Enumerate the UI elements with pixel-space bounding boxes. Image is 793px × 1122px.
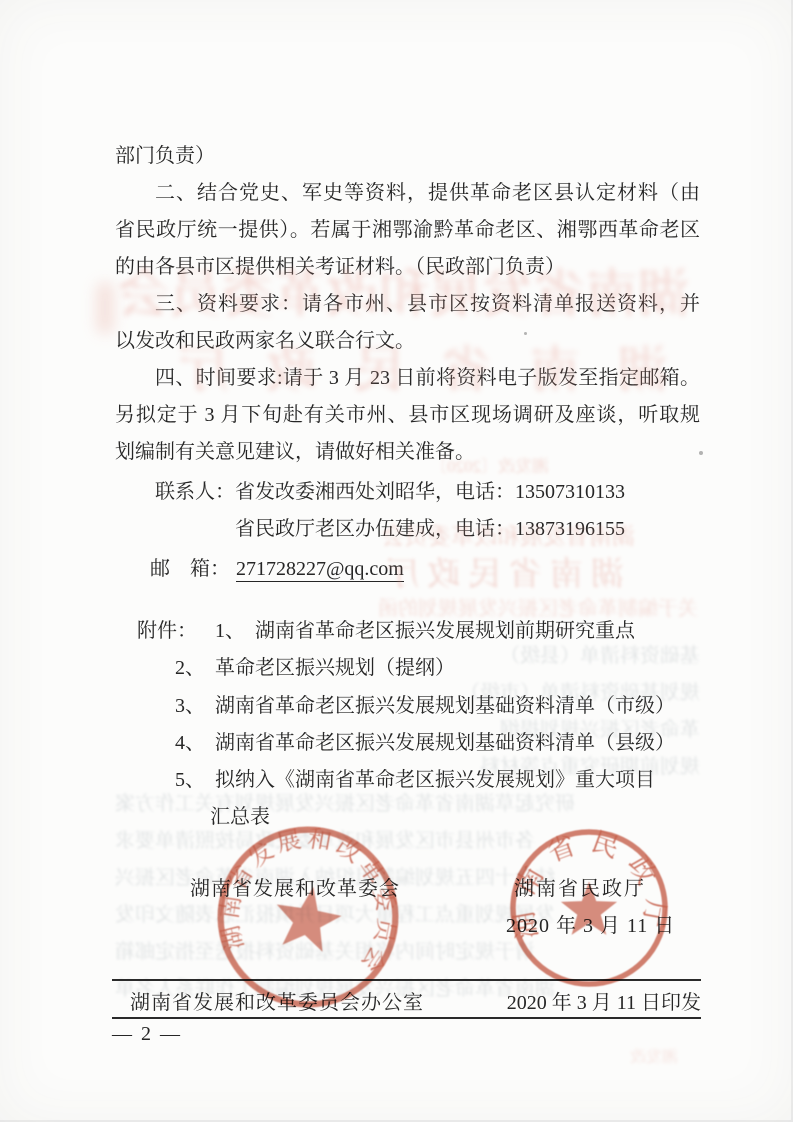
scan-speckle [524, 332, 527, 335]
attachments-block: 附件： 1、 湖南省革命老区振兴发展规划前期研究重点 2、革命老区振兴规划（提纲… [137, 613, 707, 837]
attachment-item: 5、拟纳入《湖南省革命老区振兴发展规划》重大项目 [137, 762, 707, 799]
body-line: 划编制有关意见建议，请做好相关准备。 [115, 434, 700, 471]
body-line: 的由各县市区提供相关考证材料。（民政部门负责） [115, 249, 700, 286]
contact-person-2: 省民政厅老区办伍建成，电话：13873196155 [235, 518, 625, 540]
email-line: 邮 箱：271728227@qq.com [150, 551, 690, 588]
attachment-item: 2、革命老区振兴规划（提纲） [137, 650, 707, 687]
body-line: 二、结合党史、军史等资料，提供革命老区县认定材料（由 [115, 175, 700, 212]
footer-rule-bottom [112, 1017, 701, 1019]
email-address: 271728227@qq.com [236, 558, 404, 582]
seal-star-icon [561, 881, 617, 934]
body-line: 另拟定于 3 月下旬赴有关市州、县市区现场调研及座谈，听取规 [115, 397, 700, 434]
document-page: 湖南省发展和改革委员会 湖南省民政厅 湘发改〔2020〕 湖南省发展和改革委员会… [0, 0, 793, 1122]
official-seal-fagaiwei: 湖南省发展和改革委员会 [197, 806, 419, 1028]
contact-person-1: 省发改委湘西处刘昭华，电话：13507310133 [235, 481, 625, 503]
attachment-number: 3、 [175, 688, 215, 725]
scan-speckle [226, 404, 229, 407]
attachment-title: 湖南省革命老区振兴发展规划前期研究重点 [255, 613, 635, 650]
body-line: 省民政厅统一提供）。若属于湘鄂渝黔革命老区、湘鄂西革命老区 [115, 212, 700, 249]
official-seal-minzhengting: 湖南省民政厅 [504, 823, 674, 993]
contact-label: 联系人： [155, 481, 235, 503]
attachment-title: 拟纳入《湖南省革命老区振兴发展规划》重大项目 [215, 762, 655, 799]
attachment-number: 1、 [215, 613, 255, 650]
document-body: 部门负责） 二、结合党史、军史等资料，提供革命老区县认定材料（由 省民政厅统一提… [115, 138, 700, 471]
attachment-number: 5、 [175, 762, 215, 799]
email-label: 邮 箱： [150, 558, 230, 580]
body-line: 部门负责） [115, 138, 700, 175]
scan-smudge [96, 282, 114, 334]
attachment-title: 湖南省革命老区振兴发展规划基础资料清单（县级） [215, 725, 675, 762]
attachment-item: 附件： 1、 湖南省革命老区振兴发展规划前期研究重点 [137, 613, 707, 650]
attachments-label: 附件： [137, 613, 215, 650]
bleedthrough-corner-mark: 湘发改 [630, 1044, 678, 1067]
attachment-title: 湖南省革命老区振兴发展规划基础资料清单（市级） [215, 688, 675, 725]
body-line: 以发改和民政两家名义联合行文。 [115, 323, 700, 360]
contact-block: 联系人：省发改委湘西处刘昭华，电话：13507310133 省民政厅老区办伍建成… [150, 474, 690, 588]
seal-star-icon [270, 881, 346, 954]
scan-speckle [699, 451, 703, 455]
body-line: 四、时间要求:请于 3 月 23 日前将资料电子版发至指定邮箱。 [115, 360, 700, 397]
body-line: 三、资料要求：请各市州、县市区按资料清单报送资料，并 [115, 286, 700, 323]
attachment-item: 4、湖南省革命老区振兴发展规划基础资料清单（县级） [137, 725, 707, 762]
page-number: — 2 — [112, 1020, 182, 1048]
attachment-title: 革命老区振兴规划（提纲） [215, 650, 455, 687]
attachment-item: 3、湖南省革命老区振兴发展规划基础资料清单（市级） [137, 688, 707, 725]
attachment-number: 2、 [175, 650, 215, 687]
attachment-number: 4、 [175, 725, 215, 762]
contact-line-2: 省民政厅老区办伍建成，电话：13873196155 [150, 511, 690, 548]
contact-line-1: 联系人：省发改委湘西处刘昭华，电话：13507310133 [150, 474, 690, 511]
